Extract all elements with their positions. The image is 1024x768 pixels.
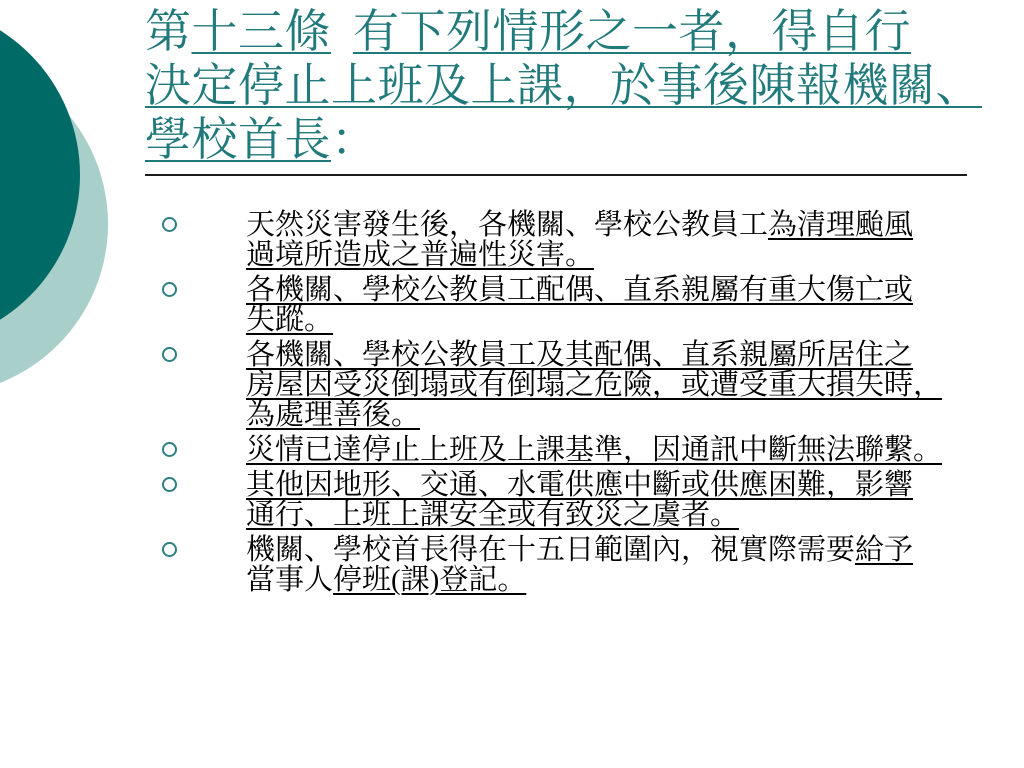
title-line: 決定停止上班及上課，於事後陳報機關、	[145, 59, 1005, 113]
text-line: 各機關、學校公教員工配偶、直系親屬有重大傷亡或	[246, 275, 1005, 305]
text-line: 各機關、學校公教員工及其配偶、直系親屬所居住之	[246, 340, 1005, 370]
bullet-circle-icon	[162, 347, 177, 362]
text-segment: 決定停止上班及上課，於事後陳報機關、	[145, 60, 982, 111]
bullet-circle-icon	[162, 477, 177, 492]
text-line: 天然災害發生後，各機關、學校公教員工為清理颱風	[246, 210, 1005, 240]
slide-title: 第十三條 有下列情形之一者，得自行決定停止上班及上課，於事後陳報機關、學校首長：	[145, 0, 1005, 167]
text-segment: 給予	[855, 534, 913, 566]
bullet-list: 天然災害發生後，各機關、學校公教員工為清理颱風過境所造成之普遍性災害。各機關、學…	[145, 210, 1005, 595]
text-segment: 房屋因受災倒塌或有倒塌之危險，或遭受重大損失時，	[246, 369, 942, 401]
text-line: 災情已達停止上班及上課基準，因通訊中斷無法聯繫。	[246, 435, 1005, 465]
text-line: 機關、學校首長得在十五日範圍內，視實際需要給予	[246, 535, 1005, 565]
text-segment: 過境所造成之普遍性災害。	[246, 239, 594, 271]
list-item: 其他因地形、交通、水電供應中斷或供應困難，影響通行、上班上課安全或有致災之虞者。	[145, 470, 1005, 530]
text-segment: 當事人	[246, 564, 333, 596]
text-segment: 為處理善後。	[246, 399, 420, 431]
text-segment: 其他因地形、交通、水電供應中斷或供應困難，影響	[246, 469, 913, 501]
bullet-circle-icon	[162, 542, 177, 557]
text-segment: ：	[331, 114, 378, 165]
text-segment: 機關、學校首長得在十五日範圍內，視實際需要	[246, 534, 855, 566]
text-line: 為處理善後。	[246, 400, 1005, 430]
text-segment: 各機關、學校公教員工配偶、直系親屬有重大傷亡或	[246, 274, 913, 306]
list-item: 天然災害發生後，各機關、學校公教員工為清理颱風過境所造成之普遍性災害。	[145, 210, 1005, 270]
slide: 第十三條 有下列情形之一者，得自行決定停止上班及上課，於事後陳報機關、學校首長：…	[0, 0, 1024, 768]
text-segment: 各機關、學校公教員工及其配偶、直系親屬所居住之	[246, 339, 913, 371]
text-segment: 十三條	[192, 6, 332, 57]
list-item: 各機關、學校公教員工配偶、直系親屬有重大傷亡或失蹤。	[145, 275, 1005, 335]
text-segment: 學校首長	[145, 114, 331, 165]
text-line: 通行、上班上課安全或有致災之虞者。	[246, 500, 1005, 530]
list-item: 各機關、學校公教員工及其配偶、直系親屬所居住之房屋因受災倒塌或有倒塌之危險，或遭…	[145, 340, 1005, 430]
text-line: 房屋因受災倒塌或有倒塌之危險，或遭受重大損失時，	[246, 370, 1005, 400]
title-separator-line	[145, 174, 967, 176]
list-item: 災情已達停止上班及上課基準，因通訊中斷無法聯繫。	[145, 435, 1005, 465]
text-line: 過境所造成之普遍性災害。	[246, 240, 1005, 270]
text-segment: 天然災害發生後，各機關、學校公教員工	[246, 209, 768, 241]
text-segment: 災情已達停止上班及上課基準，因通訊中斷無法聯繫。	[246, 434, 942, 466]
bullet-circle-icon	[162, 217, 177, 232]
text-line: 當事人停班(課)登記。	[246, 565, 1005, 595]
title-line: 學校首長：	[145, 113, 1005, 167]
text-line: 其他因地形、交通、水電供應中斷或供應困難，影響	[246, 470, 1005, 500]
text-segment: 第	[145, 6, 192, 57]
text-line: 失蹤。	[246, 305, 1005, 335]
bullet-circle-icon	[162, 442, 177, 457]
bullet-circle-icon	[162, 282, 177, 297]
slide-content: 第十三條 有下列情形之一者，得自行決定停止上班及上課，於事後陳報機關、學校首長：…	[145, 0, 1005, 600]
text-segment: 為清理颱風	[768, 209, 913, 241]
text-segment: 失蹤。	[246, 304, 333, 336]
list-item: 機關、學校首長得在十五日範圍內，視實際需要給予當事人停班(課)登記。	[145, 535, 1005, 595]
text-segment: 有下列情形之一者，得自行	[353, 6, 911, 57]
text-segment: 停班(課)登記。	[333, 564, 526, 596]
title-line: 第十三條 有下列情形之一者，得自行	[145, 5, 1005, 59]
text-segment: 通行、上班上課安全或有致災之虞者。	[246, 499, 739, 531]
